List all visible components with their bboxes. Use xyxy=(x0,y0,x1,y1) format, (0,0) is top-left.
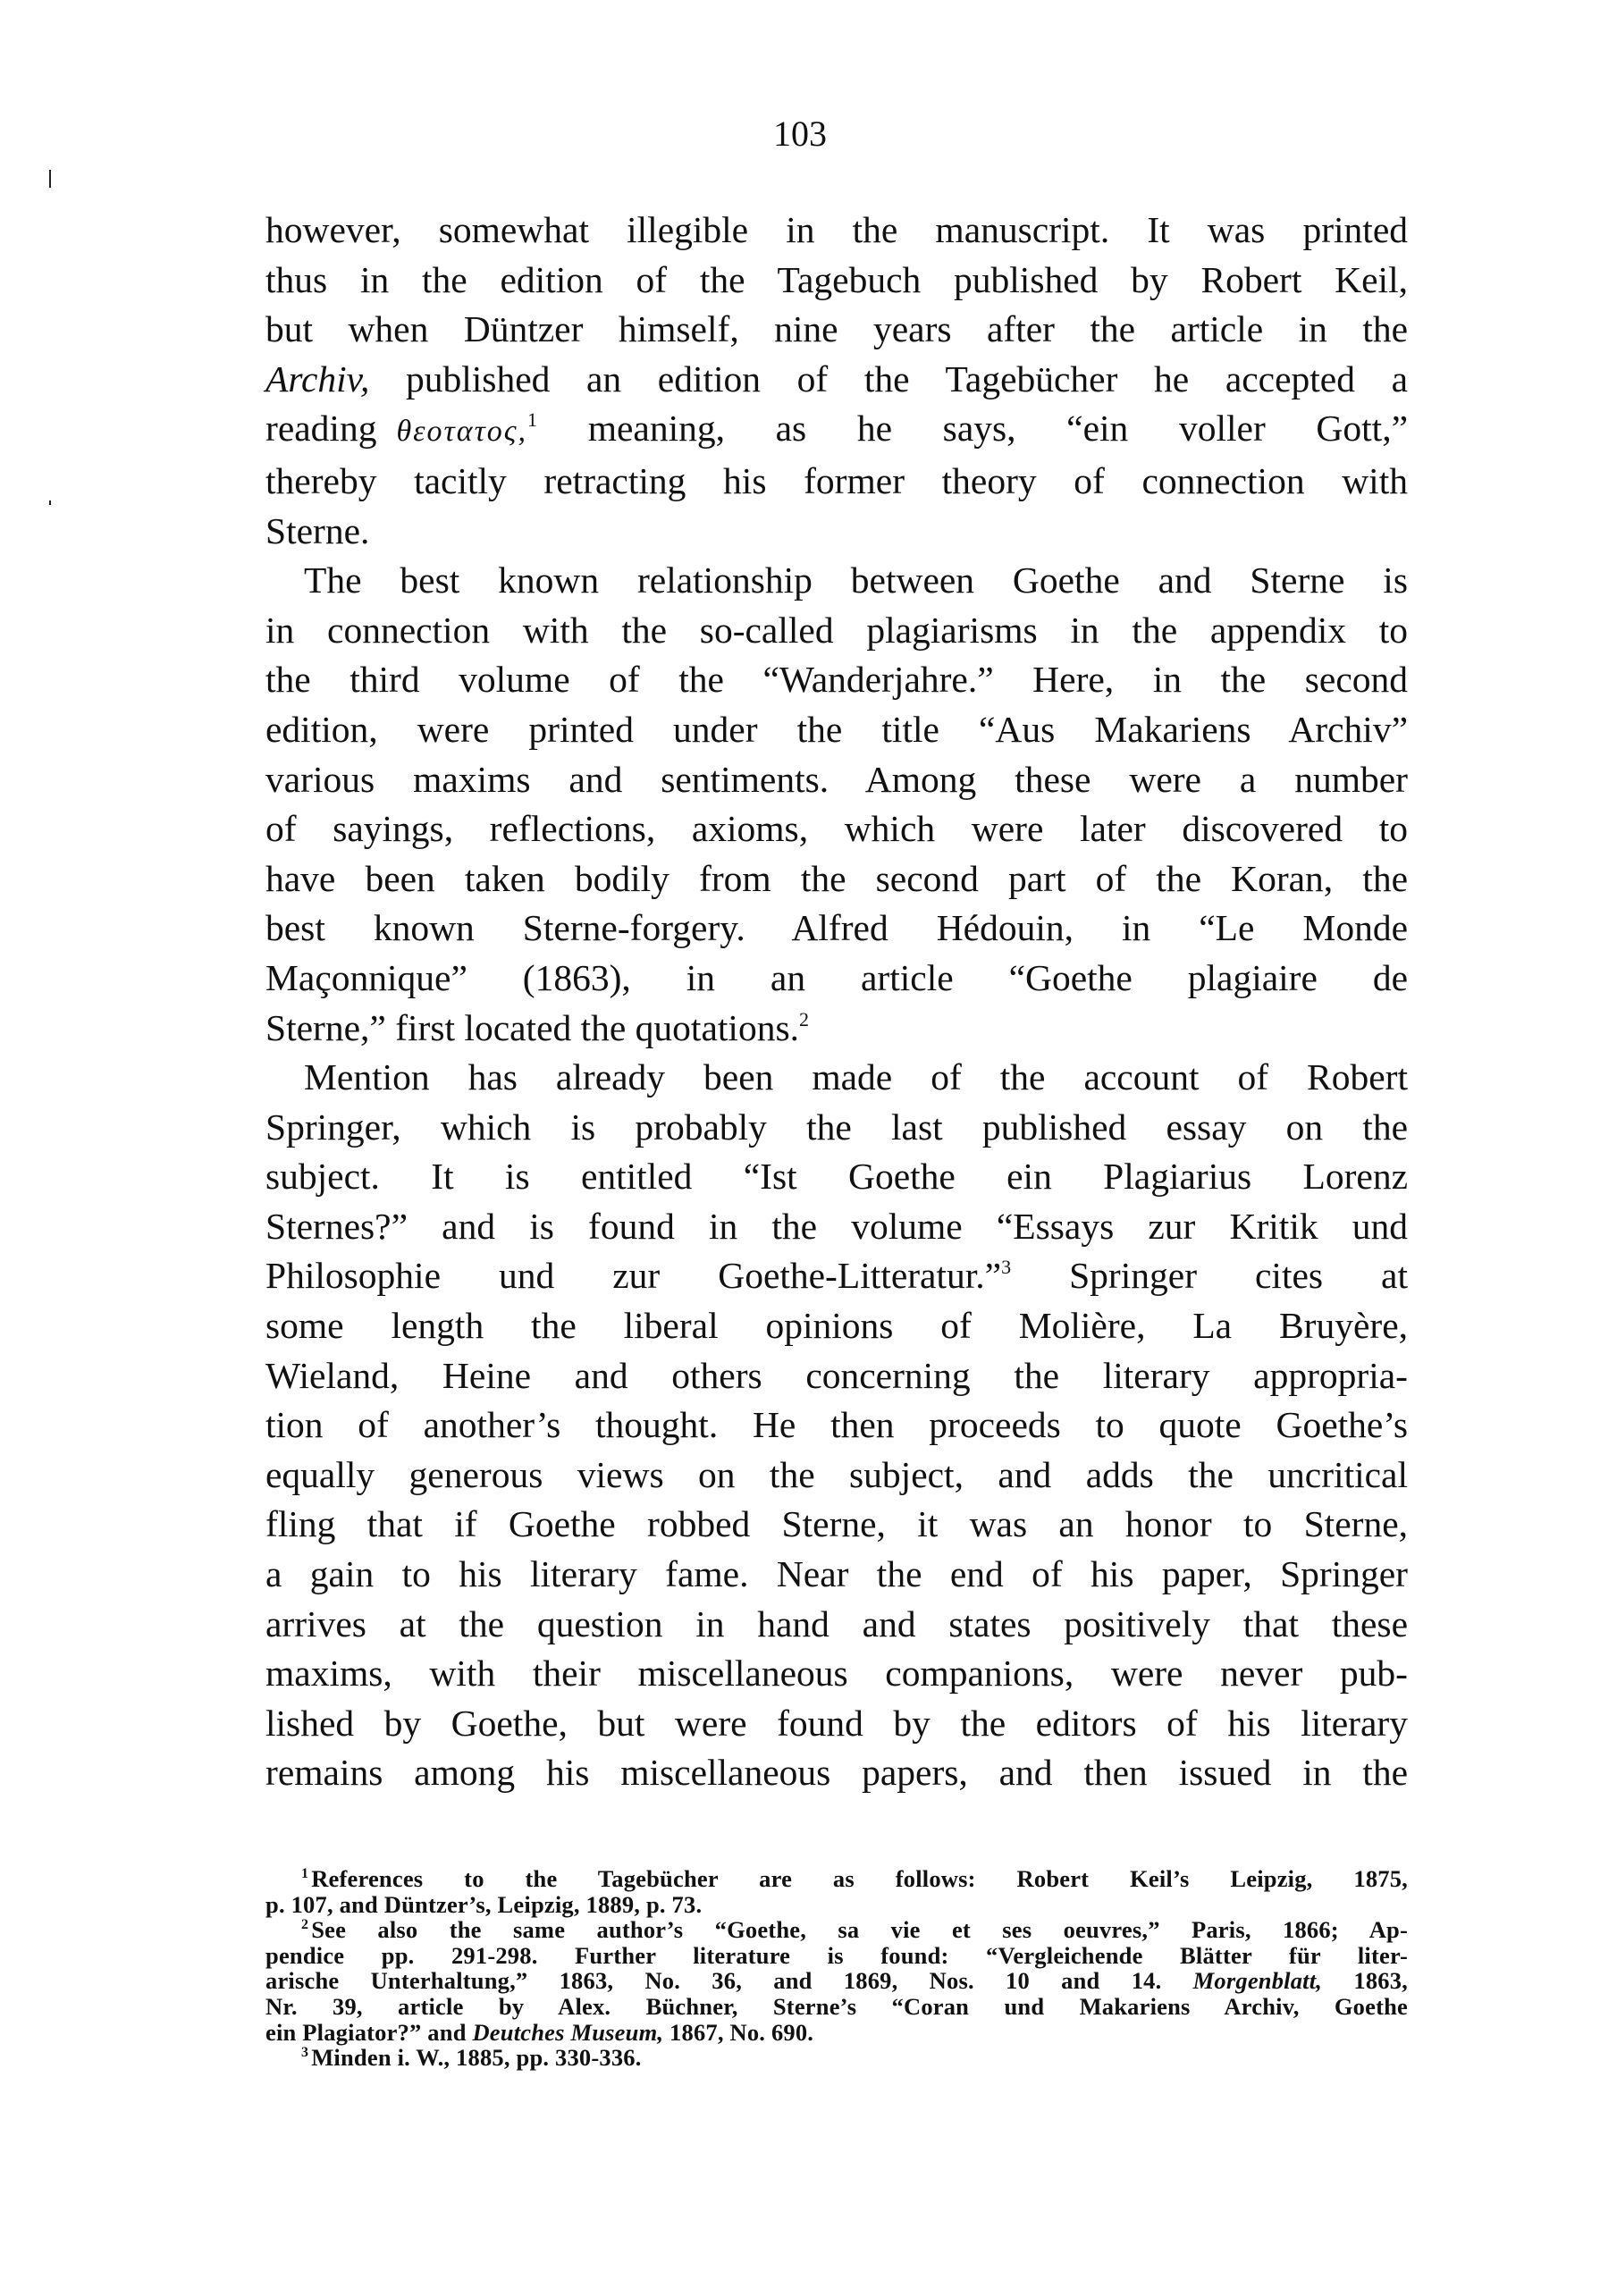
text-line: of sayings, reflections, axioms, which w… xyxy=(265,804,1408,854)
footnote-line: pendice pp. 291-298. Further literature … xyxy=(265,1943,1408,1969)
footnotes: 1References to the Tagebücher are as fol… xyxy=(265,1866,1408,2071)
text-line: a gain to his literary fame. Near the en… xyxy=(265,1550,1408,1600)
text-run: Springer cites at xyxy=(1011,1255,1408,1296)
text-run: published an edition of the Tagebücher h… xyxy=(369,358,1408,399)
footnote-mark: 1 xyxy=(301,1866,308,1881)
text-run: reading xyxy=(265,408,376,449)
scan-artifact xyxy=(49,500,51,505)
footnote-ref-3[interactable]: 3 xyxy=(1001,1256,1011,1278)
footnote-line: 2See also the same author’s “Goethe, sa … xyxy=(265,1917,1408,1943)
paragraph-1: however, somewhat illegible in the manus… xyxy=(265,206,1408,556)
footnote-ref-2[interactable]: 2 xyxy=(799,1008,809,1030)
text-line: best known Sterne-forgery. Alfred Hédoui… xyxy=(265,904,1408,954)
scan-artifact xyxy=(49,170,51,188)
text-line: tion of another’s thought. He then proce… xyxy=(265,1400,1408,1451)
text-run: 1863, xyxy=(1322,1967,1408,1994)
text-line: readingθεοτατος,1 meaning, as he says, “… xyxy=(265,404,1408,457)
footnote-line: 3Minden i. W., 1885, pp. 330-336. xyxy=(265,2045,1408,2071)
text-line: Philosophie und zur Goethe-Litteratur.”3… xyxy=(265,1251,1408,1301)
text-run: Sterne,” first located the quotations. xyxy=(265,1007,799,1048)
text-line: fling that if Goethe robbed Sterne, it w… xyxy=(265,1500,1408,1550)
text-line: maxims, with their miscellaneous compani… xyxy=(265,1649,1408,1699)
footnote-line: p. 107, and Düntzer’s, Leipzig, 1889, p.… xyxy=(265,1892,1408,1918)
italic-title-archiv: Archiv, xyxy=(265,358,369,399)
text-line: arrives at the question in hand and stat… xyxy=(265,1600,1408,1650)
text-line: various maxims and sentiments. Among the… xyxy=(265,755,1408,805)
greek-word: θεοτατος, xyxy=(376,415,527,448)
text-line: Wieland, Heine and others concerning the… xyxy=(265,1351,1408,1401)
text-line: The best known relationship between Goet… xyxy=(265,556,1408,606)
text-run: 1867, No. 690. xyxy=(663,2019,813,2046)
text-run: ein Plagiator?” and xyxy=(265,2019,472,2046)
text-run: Minden i. W., 1885, pp. 330-336. xyxy=(311,2044,641,2071)
text-run: See also the same author’s “Goethe, sa v… xyxy=(311,1916,1408,1943)
footnote-mark: 2 xyxy=(301,1917,308,1932)
text-line: equally generous views on the subject, a… xyxy=(265,1451,1408,1501)
text-line: the third volume of the “Wanderjahre.” H… xyxy=(265,655,1408,705)
text-line: in connection with the so-called plagiar… xyxy=(265,606,1408,656)
text-line: Springer, which is probably the last pub… xyxy=(265,1103,1408,1153)
text-run: arische Unterhaltung,” 1863, No. 36, and… xyxy=(265,1967,1193,1994)
text-line: Archiv, published an edition of the Tage… xyxy=(265,355,1408,405)
text-line: lished by Goethe, but were found by the … xyxy=(265,1699,1408,1749)
text-line: edition, were printed under the title “A… xyxy=(265,705,1408,755)
text-run: meaning, as he says, “ein voller Gott,” xyxy=(537,408,1408,449)
text-line: Sternes?” and is found in the volume “Es… xyxy=(265,1202,1408,1252)
paragraph-3: Mention has already been made of the acc… xyxy=(265,1053,1408,1798)
italic-title-morgenblatt: Morgenblatt, xyxy=(1193,1967,1323,1994)
text-run: References to the Tagebücher are as foll… xyxy=(311,1865,1408,1892)
footnote-1: 1References to the Tagebücher are as fol… xyxy=(265,1866,1408,1917)
paragraph-2: The best known relationship between Goet… xyxy=(265,556,1408,1053)
text-line: thereby tacitly retracting his former th… xyxy=(265,457,1408,507)
text-line: Sterne. xyxy=(265,507,1408,557)
text-line: however, somewhat illegible in the manus… xyxy=(265,206,1408,256)
footnote-line: 1References to the Tagebücher are as fol… xyxy=(265,1866,1408,1892)
text-line: have been taken bodily from the second p… xyxy=(265,854,1408,904)
body-text: however, somewhat illegible in the manus… xyxy=(265,206,1408,1798)
text-line: subject. It is entitled “Ist Goethe ein … xyxy=(265,1152,1408,1202)
text-line: remains among his miscellaneous papers, … xyxy=(265,1748,1408,1798)
footnote-line: ein Plagiator?” and Deutches Museum, 186… xyxy=(265,2020,1408,2046)
italic-title-deutches-museum: Deutches Museum, xyxy=(472,2019,663,2046)
footnote-mark: 3 xyxy=(301,2045,308,2060)
text-line: some length the liberal opinions of Moli… xyxy=(265,1301,1408,1351)
text-line: Maçonnique” (1863), in an article “Goeth… xyxy=(265,954,1408,1004)
text-line: Sterne,” first located the quotations.2 xyxy=(265,1004,1408,1054)
footnote-ref-1[interactable]: 1 xyxy=(527,408,537,431)
text-line: thus in the edition of the Tagebuch publ… xyxy=(265,256,1408,306)
footnote-2: 2See also the same author’s “Goethe, sa … xyxy=(265,1917,1408,2045)
text-line: but when Düntzer himself, nine years aft… xyxy=(265,305,1408,355)
page-number: 103 xyxy=(0,114,1600,154)
footnote-line: Nr. 39, article by Alex. Büchner, Sterne… xyxy=(265,1994,1408,2020)
footnote-line: arische Unterhaltung,” 1863, No. 36, and… xyxy=(265,1968,1408,1994)
footnote-3: 3Minden i. W., 1885, pp. 330-336. xyxy=(265,2045,1408,2071)
text-line: Mention has already been made of the acc… xyxy=(265,1053,1408,1103)
text-run: Philosophie und zur Goethe-Litteratur.” xyxy=(265,1255,1001,1296)
